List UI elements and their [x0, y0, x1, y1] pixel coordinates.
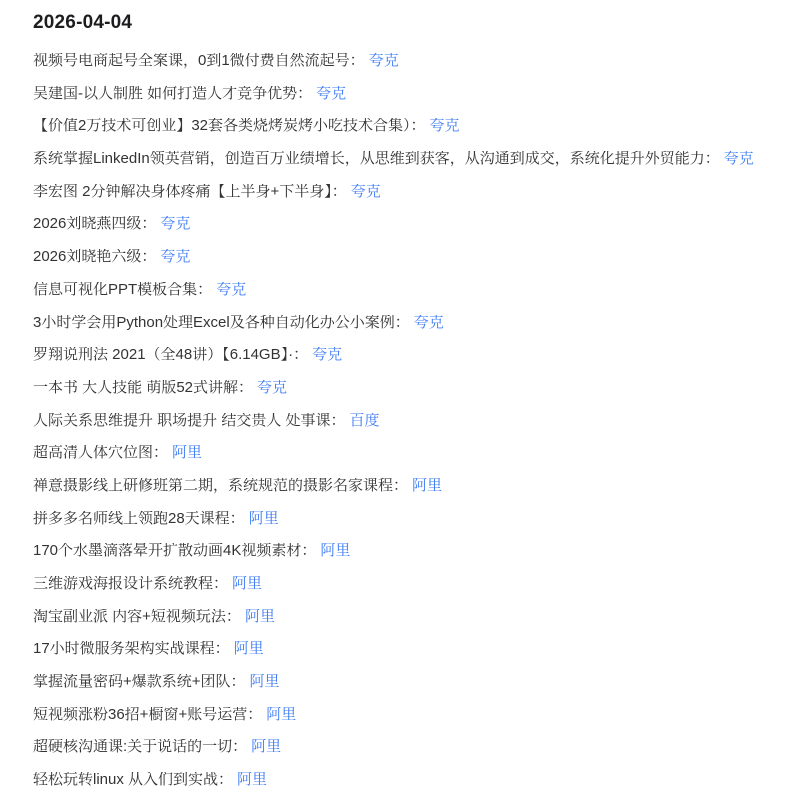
- list-item: 系统掌握LinkedIn领英营销，创造百万业绩增长，从思维到获客，从沟通到成交，…: [33, 151, 780, 167]
- list-item: 17小时微服务架构实战课程：阿里: [33, 641, 780, 657]
- item-title: 2026刘晓艳六级：: [33, 249, 156, 265]
- item-title: 一本书 大人技能 萌版52式讲解：: [33, 380, 253, 396]
- item-link[interactable]: 夸克: [312, 347, 342, 363]
- item-link[interactable]: 阿里: [172, 445, 202, 461]
- item-title: 淘宝副业派 内容+短视频玩法：: [33, 609, 241, 625]
- list-item: 170个水墨滴落晕开扩散动画4K视频素材：阿里: [33, 543, 780, 559]
- date-heading: 2026-04-04: [33, 13, 780, 33]
- list-item: 掌握流量密码+爆款系统+团队：阿里: [33, 674, 780, 690]
- item-link[interactable]: 夸克: [414, 315, 444, 331]
- list-item: 禅意摄影线上研修班第二期，系统规范的摄影名家课程：阿里: [33, 478, 780, 494]
- item-link[interactable]: 阿里: [320, 543, 350, 559]
- item-title: 2026刘晓燕四级：: [33, 216, 156, 232]
- item-link[interactable]: 阿里: [266, 707, 296, 723]
- list-item: 短视频涨粉36招+橱窗+账号运营：阿里: [33, 707, 780, 723]
- item-title: 三维游戏海报设计系统教程：: [33, 576, 228, 592]
- list-item: 三维游戏海报设计系统教程：阿里: [33, 576, 780, 592]
- daily-resource-list-page: 2026-04-04 视频号电商起号全案课，0到1微付费自然流起号：夸克 吴建国…: [0, 0, 800, 794]
- item-title: 超高清人体穴位图：: [33, 445, 168, 461]
- item-title: 轻松玩转linux 从入们到实战：: [33, 772, 233, 788]
- item-link[interactable]: 阿里: [234, 641, 264, 657]
- item-link[interactable]: 夸克: [351, 184, 381, 200]
- item-link[interactable]: 夸克: [160, 249, 190, 265]
- list-item: 超硬核沟通课:关于说话的一切：阿里: [33, 739, 780, 755]
- item-link[interactable]: 夸克: [316, 86, 346, 102]
- item-title: 人际关系思维提升 职场提升 结交贵人 处事课：: [33, 413, 346, 429]
- item-title: 掌握流量密码+爆款系统+团队：: [33, 674, 246, 690]
- item-title: 信息可视化PPT模板合集：: [33, 282, 212, 298]
- item-title: 视频号电商起号全案课，0到1微付费自然流起号：: [33, 53, 365, 69]
- list-item: 吴建国-以人制胜 如何打造人才竞争优势：夸克: [33, 86, 780, 102]
- item-link[interactable]: 阿里: [251, 739, 281, 755]
- item-link[interactable]: 阿里: [245, 609, 275, 625]
- item-link[interactable]: 夸克: [160, 216, 190, 232]
- item-title: 超硬核沟通课:关于说话的一切：: [33, 739, 247, 755]
- list-item: 3小时学会用Python处理Excel及各种自动化办公小案例：夸克: [33, 315, 780, 331]
- item-link[interactable]: 阿里: [237, 772, 267, 788]
- list-item: 淘宝副业派 内容+短视频玩法：阿里: [33, 609, 780, 625]
- item-title: 170个水墨滴落晕开扩散动画4K视频素材：: [33, 543, 316, 559]
- list-item: 2026刘晓燕四级：夸克: [33, 216, 780, 232]
- item-title: 罗翔说刑法 2021（全48讲）【6.14GB】·：: [33, 347, 308, 363]
- item-title: 【价值2万技术可创业】32套各类烧烤炭烤小吃技术合集）：: [33, 118, 426, 134]
- item-title: 17小时微服务架构实战课程：: [33, 641, 230, 657]
- item-title: 短视频涨粉36招+橱窗+账号运营：: [33, 707, 262, 723]
- item-link[interactable]: 夸克: [257, 380, 287, 396]
- item-link[interactable]: 阿里: [249, 511, 279, 527]
- item-link[interactable]: 阿里: [250, 674, 280, 690]
- list-item: 轻松玩转linux 从入们到实战：阿里: [33, 772, 780, 788]
- list-item: 一本书 大人技能 萌版52式讲解：夸克: [33, 380, 780, 396]
- list-item: 拼多多名师线上领跑28天课程：阿里: [33, 511, 780, 527]
- list-item: 人际关系思维提升 职场提升 结交贵人 处事课：百度: [33, 413, 780, 429]
- item-title: 禅意摄影线上研修班第二期，系统规范的摄影名家课程：: [33, 478, 408, 494]
- item-title: 拼多多名师线上领跑28天课程：: [33, 511, 245, 527]
- list-item: 信息可视化PPT模板合集：夸克: [33, 282, 780, 298]
- item-title: 3小时学会用Python处理Excel及各种自动化办公小案例：: [33, 315, 410, 331]
- list-item: 李宏图 2分钟解决身体疼痛【上半身+下半身】：夸克: [33, 184, 780, 200]
- item-title: 李宏图 2分钟解决身体疼痛【上半身+下半身】：: [33, 184, 347, 200]
- item-list: 视频号电商起号全案课，0到1微付费自然流起号：夸克 吴建国-以人制胜 如何打造人…: [33, 53, 780, 788]
- list-item: 2026刘晓艳六级：夸克: [33, 249, 780, 265]
- item-title: 系统掌握LinkedIn领英营销，创造百万业绩增长，从思维到获客，从沟通到成交，…: [33, 151, 720, 167]
- list-item: 罗翔说刑法 2021（全48讲）【6.14GB】·：夸克: [33, 347, 780, 363]
- item-link[interactable]: 阿里: [232, 576, 262, 592]
- item-title: 吴建国-以人制胜 如何打造人才竞争优势：: [33, 86, 312, 102]
- list-item: 【价值2万技术可创业】32套各类烧烤炭烤小吃技术合集）：夸克: [33, 118, 780, 134]
- list-item: 视频号电商起号全案课，0到1微付费自然流起号：夸克: [33, 53, 780, 69]
- item-link[interactable]: 夸克: [430, 118, 460, 134]
- item-link[interactable]: 阿里: [412, 478, 442, 494]
- item-link[interactable]: 夸克: [369, 53, 399, 69]
- item-link[interactable]: 夸克: [724, 151, 754, 167]
- item-link[interactable]: 百度: [350, 413, 380, 429]
- list-item: 超高清人体穴位图：阿里: [33, 445, 780, 461]
- item-link[interactable]: 夸克: [216, 282, 246, 298]
